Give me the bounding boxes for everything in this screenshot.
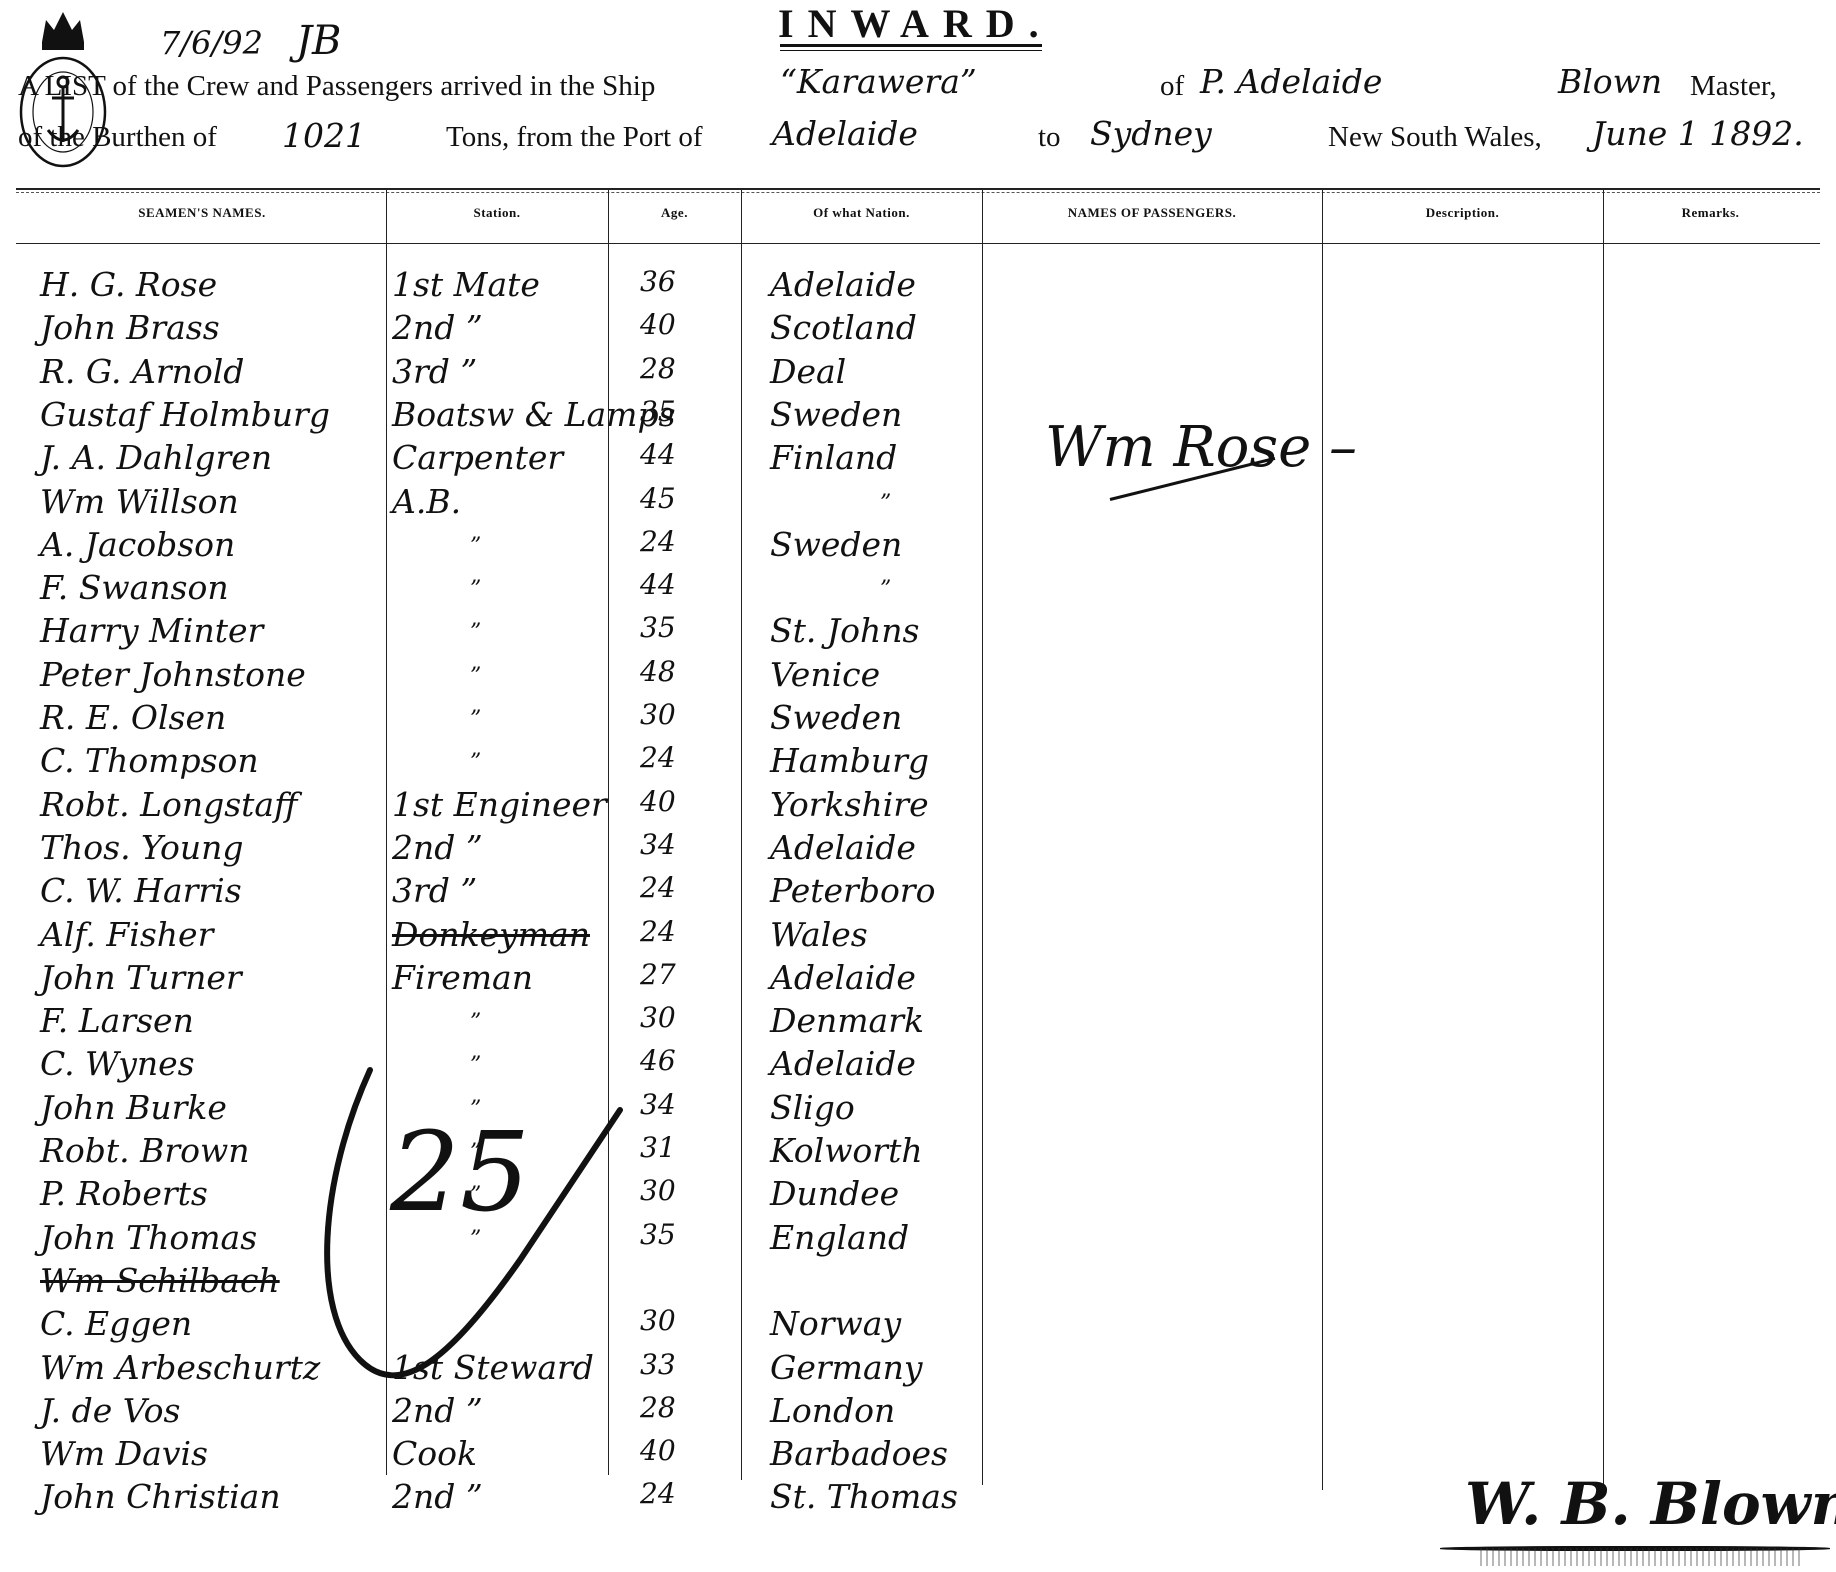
tons-label: Tons, from the Port of <box>446 121 703 154</box>
cell-name: Wm Arbeschurtz <box>40 1351 320 1384</box>
ship-name: “Karawera” <box>780 62 977 101</box>
cell-name: John Turner <box>40 961 242 994</box>
cell-name: Wm Schilbach <box>40 1264 280 1297</box>
cell-station: ” <box>470 536 481 558</box>
cell-station: 2nd ” <box>392 1480 483 1513</box>
table-top-rule-secondary <box>16 192 1820 193</box>
cell-station: ” <box>470 579 481 601</box>
to-port: Sydney <box>1090 114 1212 153</box>
column-header-station: Station. <box>386 205 608 221</box>
cell-nation: Wales <box>770 918 868 951</box>
cell-name: A. Jacobson <box>40 528 235 561</box>
tally-count: 25 <box>389 1108 530 1236</box>
cell-age: 27 <box>640 961 676 989</box>
cell-station: Carpenter <box>392 441 563 474</box>
cell-station: 2nd ” <box>392 311 483 344</box>
cell-name: C. W. Harris <box>40 874 242 907</box>
cell-nation: Adelaide <box>770 1047 916 1080</box>
master-name: Blown <box>1558 62 1662 101</box>
cell-nation: Peterboro <box>770 874 935 907</box>
list-heading-text: A LIST of the Crew and Passengers arrive… <box>18 70 655 103</box>
cell-station: ” <box>470 622 481 644</box>
cell-nation: St. Johns <box>770 614 919 647</box>
cell-name: Thos. Young <box>40 831 243 864</box>
cell-age: 24 <box>640 744 676 772</box>
cell-name: C. Thompson <box>40 744 259 777</box>
scan-noise <box>1480 1548 1800 1566</box>
cell-nation: Venice <box>770 658 880 691</box>
region-label: New South Wales, <box>1328 121 1542 154</box>
column-header-age: Age. <box>608 205 741 221</box>
cell-station: Fireman <box>392 961 533 994</box>
arrival-date: June 1 1892. <box>1592 114 1804 153</box>
cell-age: 24 <box>640 1480 676 1508</box>
column-header-nation: Of what Nation. <box>741 205 982 221</box>
cell-age: 34 <box>640 831 676 859</box>
cell-age: 28 <box>640 355 676 383</box>
cell-age: 24 <box>640 528 676 556</box>
cell-nation: Adelaide <box>770 961 916 994</box>
cell-age: 30 <box>640 701 676 729</box>
cell-nation: Norway <box>770 1307 901 1340</box>
cell-nation: ” <box>880 579 891 601</box>
cell-station: Donkeyman <box>392 918 590 951</box>
tons-value: 1021 <box>282 116 366 155</box>
cell-name: Harry Minter <box>40 614 263 647</box>
cell-age: 40 <box>640 311 676 339</box>
table-top-rule <box>16 188 1820 190</box>
cell-name: John Brass <box>40 311 220 344</box>
master-label: Master, <box>1690 70 1777 103</box>
document-title: INWARD. <box>778 0 1053 47</box>
cell-name: F. Swanson <box>40 571 229 604</box>
cell-name: R. G. Arnold <box>40 355 244 388</box>
cell-age: 35 <box>640 398 676 426</box>
cell-station: 2nd ” <box>392 831 483 864</box>
cell-nation: Sweden <box>770 528 902 561</box>
cell-station: Boatsw & Lamps <box>392 398 676 431</box>
date-annotation: 7/6/92 <box>160 24 263 62</box>
cell-name: C. Wynes <box>40 1047 195 1080</box>
column-divider <box>982 190 983 1485</box>
cell-nation: Dundee <box>770 1177 899 1210</box>
cell-age: 44 <box>640 571 676 599</box>
cell-nation: Scotland <box>770 311 917 344</box>
cell-age: 35 <box>640 614 676 642</box>
cell-nation: Adelaide <box>770 831 916 864</box>
cell-age: 40 <box>640 1437 676 1465</box>
cell-age: 36 <box>640 268 676 296</box>
cell-nation: Hamburg <box>770 744 929 777</box>
cell-nation: Finland <box>770 441 897 474</box>
ship-port: P. Adelaide <box>1200 62 1382 101</box>
master-signature: W. B. Blown <box>1465 1470 1836 1538</box>
cell-age: 45 <box>640 485 676 513</box>
column-divider <box>1322 190 1323 1490</box>
cell-name: Robt. Longstaff <box>40 788 298 821</box>
cell-name: F. Larsen <box>40 1004 194 1037</box>
cell-name: R. E. Olsen <box>40 701 226 734</box>
crown-icon <box>42 12 84 50</box>
cell-name: Peter Johnstone <box>40 658 306 691</box>
cell-station: ” <box>470 752 481 774</box>
cell-nation: Sweden <box>770 398 902 431</box>
column-header-description: Description. <box>1322 205 1603 221</box>
title-underline <box>780 44 1042 51</box>
cell-nation: Germany <box>770 1351 923 1384</box>
cell-name: John Christian <box>40 1480 281 1513</box>
of-label: of <box>1160 70 1184 103</box>
initials-annotation: JB <box>296 18 341 64</box>
cell-nation: Barbadoes <box>770 1437 948 1470</box>
cell-station: 3rd ” <box>392 874 477 907</box>
cell-station: 3rd ” <box>392 355 477 388</box>
passenger-name-signature: Wm Rose – <box>1045 415 1357 480</box>
cell-age: 24 <box>640 874 676 902</box>
cell-age: 44 <box>640 441 676 469</box>
cell-nation: Sweden <box>770 701 902 734</box>
cell-nation: Adelaide <box>770 268 916 301</box>
cell-name: Wm Willson <box>40 485 239 518</box>
cell-station: ” <box>470 666 481 688</box>
from-port: Adelaide <box>772 114 918 153</box>
column-divider <box>741 190 742 1480</box>
cell-nation: ” <box>880 493 891 515</box>
cell-age: 40 <box>640 788 676 816</box>
to-label: to <box>1038 121 1061 154</box>
cell-name: Wm Davis <box>40 1437 208 1470</box>
cell-age: 30 <box>640 1004 676 1032</box>
cell-name: Robt. Brown <box>40 1134 249 1167</box>
cell-nation: Deal <box>770 355 846 388</box>
cell-nation: Sligo <box>770 1091 855 1124</box>
column-header-seamens-names: SEAMEN'S NAMES. <box>18 205 386 221</box>
cell-age: 24 <box>640 918 676 946</box>
cell-name: J. A. Dahlgren <box>40 441 272 474</box>
cell-name: P. Roberts <box>40 1177 208 1210</box>
column-header-remarks: Remarks. <box>1603 205 1818 221</box>
cell-station: 1st Mate <box>392 268 540 301</box>
cell-nation: Kolworth <box>770 1134 923 1167</box>
cell-station: A.B. <box>392 485 461 518</box>
cell-nation: Denmark <box>770 1004 924 1037</box>
cell-station: 1st Engineer <box>392 788 607 821</box>
cell-station: Cook <box>392 1437 477 1470</box>
cell-nation: St. Thomas <box>770 1480 958 1513</box>
cell-nation: London <box>770 1394 895 1427</box>
column-divider <box>1603 190 1604 1490</box>
cell-name: Alf. Fisher <box>40 918 213 951</box>
cell-station: ” <box>470 709 481 731</box>
cell-name: John Burke <box>40 1091 227 1124</box>
cell-name: C. Eggen <box>40 1307 192 1340</box>
cell-nation: Yorkshire <box>770 788 929 821</box>
cell-nation: England <box>770 1221 909 1254</box>
cell-name: J. de Vos <box>40 1394 180 1427</box>
cell-station: ” <box>470 1012 481 1034</box>
cell-name: H. G. Rose <box>40 268 217 301</box>
cell-name: Gustaf Holmburg <box>40 398 330 431</box>
tally-check-mark: 25 <box>290 1060 650 1420</box>
cell-age: 48 <box>640 658 676 686</box>
burthen-label: of the Burthen of <box>18 121 217 154</box>
table-header-rule <box>16 243 1820 244</box>
cell-name: John Thomas <box>40 1221 257 1254</box>
column-header-passengers: NAMES OF PASSENGERS. <box>982 205 1322 221</box>
